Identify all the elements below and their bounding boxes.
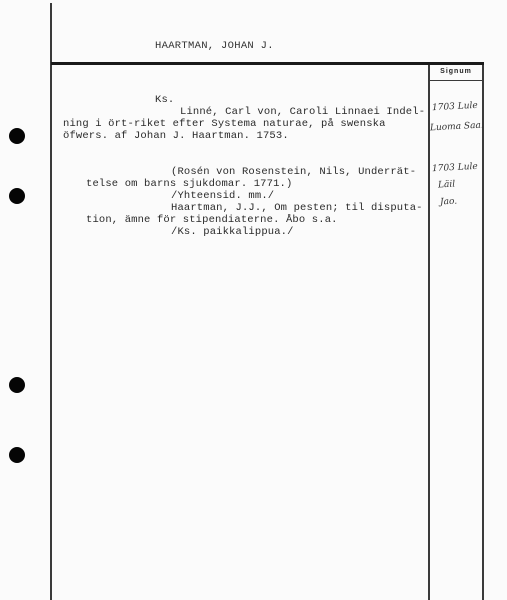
signum-header-rule (429, 80, 483, 81)
entry-2-line-6: /Ks. paikkalippua./ (171, 226, 294, 238)
entry-2-line-1: (Rosén von Rosenstein, Nils, Underrät- (171, 166, 416, 178)
entry-1-line-3: ning i ört-riket efter Systema naturae, … (63, 118, 386, 130)
punch-hole (9, 128, 25, 144)
entry-2-line-3: /Yhteensid. mm./ (171, 190, 274, 202)
signum-column-right-border (482, 65, 484, 600)
catalog-card: HAARTMAN, JOHAN J. Signum Ks. Linné, Car… (0, 0, 507, 600)
card-heading: HAARTMAN, JOHAN J. (155, 40, 274, 52)
entry-1-line-4: öfwers. af Johan J. Haartman. 1753. (63, 130, 289, 142)
signum-note-2b: Läil (438, 180, 456, 191)
signum-note-2a: 1703 Lule (432, 162, 478, 174)
signum-note-2c: Jao. (440, 197, 458, 208)
signum-note-1b: Luoma Saa. (430, 121, 484, 134)
entry-2-line-4: Haartman, J.J., Om pesten; til disputa- (171, 202, 423, 214)
signum-note-1a: 1703 Lule (432, 101, 478, 113)
entry-1-line-1: Ks. (155, 94, 174, 106)
entry-2-line-2: telse om barns sjukdomar. 1771.) (86, 178, 292, 190)
signum-label: Signum (430, 68, 482, 75)
punch-hole (9, 447, 25, 463)
entry-2-line-5: tion, ämne för stipendiaterne. Åbo s.a. (86, 214, 338, 226)
header-rule (51, 62, 484, 65)
punch-hole (9, 188, 25, 204)
signum-column-left-border (428, 65, 430, 600)
punch-hole (9, 377, 25, 393)
entry-1-line-2: Linné, Carl von, Caroli Linnaei Indel- (180, 106, 425, 118)
left-margin-line (50, 3, 52, 600)
